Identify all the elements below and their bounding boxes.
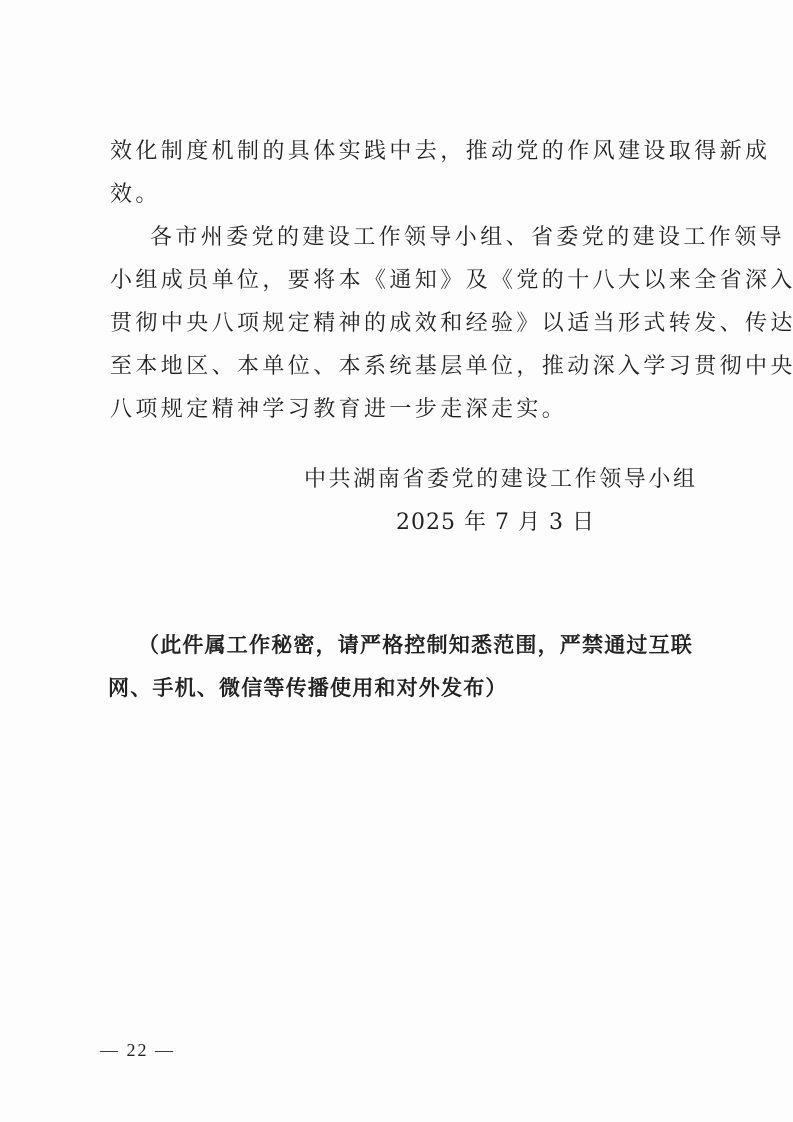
- paragraph1-line-2: 效。: [110, 180, 710, 210]
- paragraph2-line-3: 贯彻中央八项规定精神的成效和经验》以适当形式转发、传达: [110, 309, 710, 339]
- paragraph2-line-4: 至本地区、本单位、本系统基层单位，推动深入学习贯彻中央: [110, 352, 710, 382]
- issuer-name: 中共湖南省委党的建设工作领导小组: [304, 465, 698, 495]
- paragraph2-line-2: 小组成员单位，要将本《通知》及《党的十八大以来全省深入: [110, 266, 710, 296]
- document-page: 效化制度机制的具体实践中去，推动党的作风建设取得新成 效。 各市州委党的建设工作…: [0, 0, 793, 1122]
- confidentiality-notice-line-1: （此件属工作秘密，请严格控制知悉范围，严禁通过互联: [138, 630, 693, 660]
- paragraph2-line-5: 八项规定精神学习教育进一步走深走实。: [110, 395, 710, 425]
- paragraph1-line-1: 效化制度机制的具体实践中去，推动党的作风建设取得新成: [110, 137, 710, 167]
- page-number: — 22 —: [100, 1040, 175, 1061]
- issue-date: 2025 年 7 月 3 日: [396, 508, 595, 538]
- paragraph2-line-1: 各市州委党的建设工作领导小组、省委党的建设工作领导: [150, 223, 750, 253]
- confidentiality-notice-line-2: 网、手机、微信等传播使用和对外发布）: [108, 673, 508, 703]
